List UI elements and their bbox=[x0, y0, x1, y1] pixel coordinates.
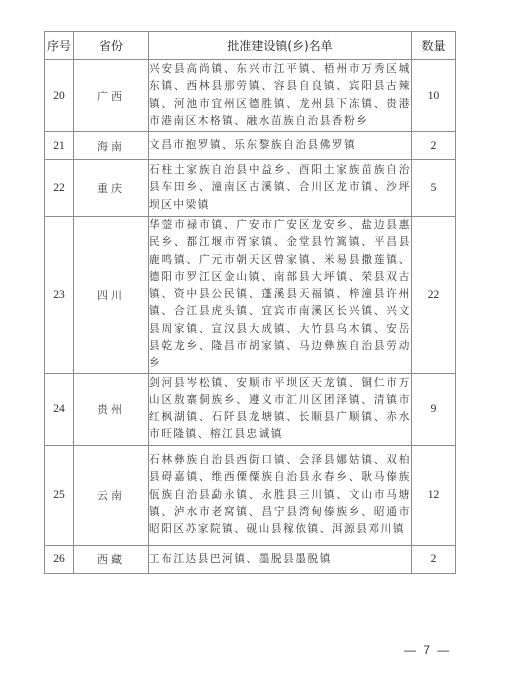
row-province: 重庆 bbox=[74, 160, 149, 217]
row-index: 21 bbox=[45, 132, 74, 160]
row-town-names: 兴安县高尚镇、东兴市江平镇、梧州市万秀区城东镇、西林县那劳镇、容县自良镇、宾阳县… bbox=[149, 60, 412, 132]
row-count: 5 bbox=[412, 160, 456, 217]
table-row: 24贵州剑河县岑松镇、安顺市平坝区天龙镇、铜仁市万山区敖寨侗族乡、遵义市汇川区团… bbox=[45, 373, 456, 445]
approved-towns-table: 序号 省份 批准建设镇(乡)名单 数量 20广西兴安县高尚镇、东兴市江平镇、梧州… bbox=[44, 31, 456, 574]
row-province: 广西 bbox=[74, 60, 149, 132]
row-town-names: 文昌市抱罗镇、乐东黎族自治县佛罗镇 bbox=[149, 132, 412, 160]
page-number: — 7 — bbox=[404, 643, 451, 657]
row-town-names: 工布江达县巴河镇、墨脱县墨脱镇 bbox=[149, 545, 412, 573]
row-province: 西藏 bbox=[74, 545, 149, 573]
row-town-names: 石林彝族自治县西街口镇、会泽县娜姑镇、双柏县碍嘉镇、维西傈僳族自治县永春乡、耿马… bbox=[149, 445, 412, 545]
row-index: 24 bbox=[45, 373, 74, 445]
header-province: 省份 bbox=[74, 32, 149, 60]
row-index: 23 bbox=[45, 217, 74, 374]
row-province: 贵州 bbox=[74, 373, 149, 445]
row-count: 2 bbox=[412, 545, 456, 573]
row-index: 20 bbox=[45, 60, 74, 132]
table-header-row: 序号 省份 批准建设镇(乡)名单 数量 bbox=[45, 32, 456, 60]
row-province: 四川 bbox=[74, 217, 149, 374]
table-row: 26西藏工布江达县巴河镇、墨脱县墨脱镇2 bbox=[45, 545, 456, 573]
row-town-names: 剑河县岑松镇、安顺市平坝区天龙镇、铜仁市万山区敖寨侗族乡、遵义市汇川区团泽镇、清… bbox=[149, 373, 412, 445]
header-names: 批准建设镇(乡)名单 bbox=[149, 32, 412, 60]
row-count: 10 bbox=[412, 60, 456, 132]
table-row: 22重庆石柱土家族自治县中益乡、酉阳土家族苗族自治县车田乡、潼南区古溪镇、合川区… bbox=[45, 160, 456, 217]
header-count: 数量 bbox=[412, 32, 456, 60]
row-province: 海南 bbox=[74, 132, 149, 160]
table-row: 25云南石林彝族自治县西街口镇、会泽县娜姑镇、双柏县碍嘉镇、维西傈僳族自治县永春… bbox=[45, 445, 456, 545]
table-row: 23四川华蓥市禄市镇、广安市广安区龙安乡、盐边县惠民乡、都江堰市胥家镇、金堂县竹… bbox=[45, 217, 456, 374]
row-index: 22 bbox=[45, 160, 74, 217]
header-index: 序号 bbox=[45, 32, 74, 60]
row-count: 9 bbox=[412, 373, 456, 445]
table-row: 20广西兴安县高尚镇、东兴市江平镇、梧州市万秀区城东镇、西林县那劳镇、容县自良镇… bbox=[45, 60, 456, 132]
row-count: 12 bbox=[412, 445, 456, 545]
row-town-names: 华蓥市禄市镇、广安市广安区龙安乡、盐边县惠民乡、都江堰市胥家镇、金堂县竹篙镇、平… bbox=[149, 217, 412, 374]
table-row: 21海南文昌市抱罗镇、乐东黎族自治县佛罗镇2 bbox=[45, 132, 456, 160]
row-count: 22 bbox=[412, 217, 456, 374]
row-province: 云南 bbox=[74, 445, 149, 545]
row-index: 26 bbox=[45, 545, 74, 573]
row-count: 2 bbox=[412, 132, 456, 160]
row-index: 25 bbox=[45, 445, 74, 545]
row-town-names: 石柱土家族自治县中益乡、酉阳土家族苗族自治县车田乡、潼南区古溪镇、合川区龙市镇、… bbox=[149, 160, 412, 217]
